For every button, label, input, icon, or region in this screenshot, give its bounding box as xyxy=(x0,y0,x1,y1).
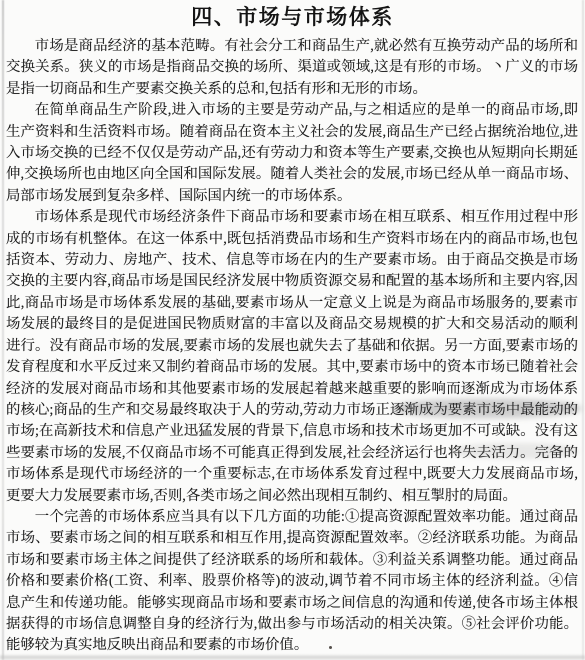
page-body: 市场是商品经济的基本范畴。有社会分工和商品生产,就必然有互换劳动产品的场所和交换… xyxy=(6,36,578,657)
scan-smudge xyxy=(393,399,581,418)
scan-edge-left xyxy=(2,0,4,660)
scan-edge-right xyxy=(582,0,584,660)
scan-smudge xyxy=(452,443,578,459)
paragraph-market-functions: 一个完善的市场体系应当具有以下几方面的功能:①提高资源配置效率功能。通过商品市场… xyxy=(6,507,578,657)
page-title: 四、市场与市场体系 xyxy=(0,1,585,31)
scanned-document-page: 四、市场与市场体系 市场是商品经济的基本范畴。有社会分工和商品生产,就必然有互换… xyxy=(0,0,585,660)
paragraph-market-system: 市场体系是现代市场经济条件下商品市场和要素市场在相互联系、相互作用过程中形成的市… xyxy=(6,207,578,507)
paragraph-market-definition: 市场是商品经济的基本范畴。有社会分工和商品生产,就必然有互换劳动产品的场所和交换… xyxy=(6,36,578,100)
paragraph-market-development: 在简单商品生产阶段,进入市场的主要是劳动产品,与之相适应的是单一的商品市场,即生… xyxy=(6,100,578,207)
scan-speck xyxy=(329,646,332,649)
scan-edge-bottom xyxy=(0,654,585,660)
